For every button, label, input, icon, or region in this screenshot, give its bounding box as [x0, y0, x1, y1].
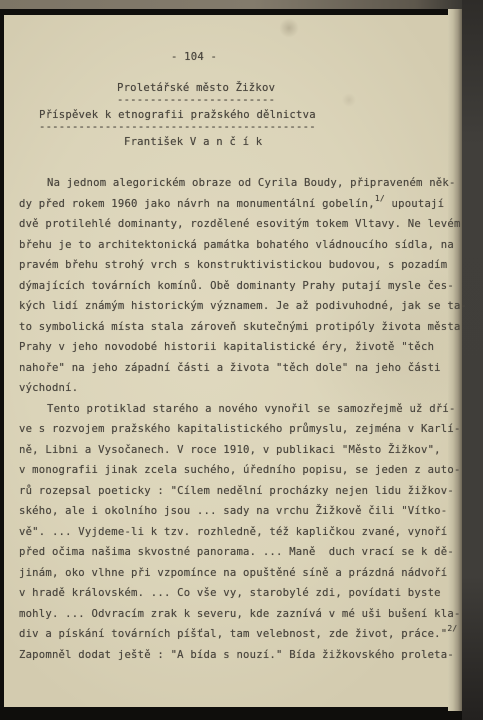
text-line: východní.: [19, 378, 447, 399]
text-line: pravém břehu strohý vrch s konstruktivis…: [19, 255, 447, 276]
text-line: dýmajících továrních komínů. Obě dominan…: [19, 276, 447, 297]
paragraph: Na jednom alegorickém obraze od Cyrila B…: [19, 173, 447, 399]
text-line: břehu je to architektonická památka boha…: [19, 235, 447, 256]
text-line: Prahy v jeho novodobé historii kapitalis…: [19, 337, 447, 358]
text-line: Zapomněl dodat ještě : "A bída s nouzí."…: [19, 645, 447, 666]
text-line: v monografii jinak zcela suchého, úřední…: [19, 460, 447, 481]
scanned-document-screenshot: - 104 - Proletářské město Žižkov -------…: [0, 0, 483, 720]
text-segment: div a pískání továrních píšťal, tam vele…: [19, 628, 447, 640]
subtitle-underline: ----------------------------------------…: [39, 123, 316, 131]
body-text: Na jednom alegorickém obraze od Cyrila B…: [19, 173, 447, 665]
footnote-ref-1: 1/: [375, 194, 385, 203]
text-segment: upoutají: [385, 198, 444, 210]
text-line: ve s rozvojem pražského kapitalistického…: [19, 419, 447, 440]
article-title: Proletářské město Žižkov: [117, 82, 275, 94]
text-line: kých lidí známým historickým významem. J…: [19, 296, 447, 317]
text-line: dvě protilehlé dominanty, rozdělené esov…: [19, 214, 447, 235]
page-stack-top-edge: [0, 0, 462, 9]
scanner-background-right: [462, 0, 483, 720]
text-line: Tento protiklad starého a nového vynořil…: [19, 399, 447, 420]
book-fore-edge: [448, 9, 462, 711]
article-subtitle: Příspěvek k etnografii pražského dělnict…: [39, 109, 316, 121]
author-name: František V a n č í k: [124, 136, 262, 148]
footnote-ref-2: 2/: [447, 624, 457, 633]
text-line: to symbolická místa stala zároveň skuteč…: [19, 317, 447, 338]
text-line: rů rozepsal poeticky : "Cílem nedělní pr…: [19, 481, 447, 502]
page-number: - 104 -: [171, 51, 217, 63]
text-line: nahoře" na jeho západní části a života "…: [19, 358, 447, 379]
text-line: vě". ... Vyjdeme-li k tzv. rozhledně, té…: [19, 522, 447, 543]
text-line: před očima našima skvostné panorama. ...…: [19, 542, 447, 563]
text-line: Na jednom alegorickém obraze od Cyrila B…: [19, 173, 447, 194]
title-underline: ------------------------: [117, 96, 275, 104]
text-line: v hradě královském. ... Co vše vy, staro…: [19, 583, 447, 604]
text-line: dy před rokem 1960 jako návrh na monumen…: [19, 194, 447, 215]
text-line: jinám, oko vlhne při vzpomínce na opuště…: [19, 563, 447, 584]
text-segment: dy před rokem 1960 jako návrh na monumen…: [19, 198, 375, 210]
text-line: ského, ale i okolního jsou ... sady na v…: [19, 501, 447, 522]
text-line: ně, Libni a Vysočanech. V roce 1910, v p…: [19, 440, 447, 461]
scan-page: - 104 - Proletářské město Žižkov -------…: [4, 15, 448, 707]
text-line: mohly. ... Odvracím zrak k severu, kde z…: [19, 604, 447, 625]
text-line: div a pískání továrních píšťal, tam vele…: [19, 624, 447, 645]
paragraph: Tento protiklad starého a nového vynořil…: [19, 399, 447, 666]
